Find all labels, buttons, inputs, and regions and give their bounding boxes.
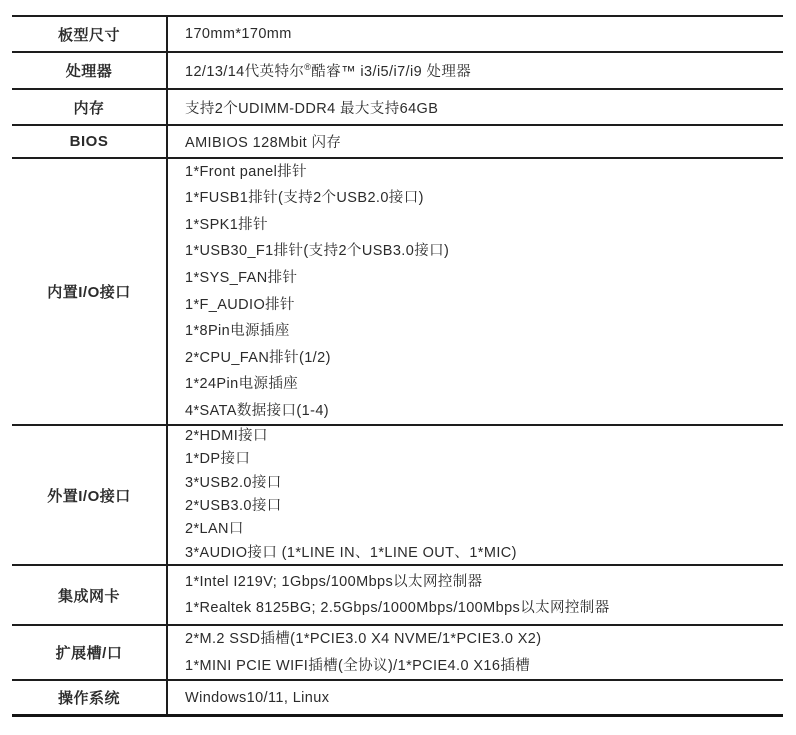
spec-value-line: 1*MINI PCIE WIFI插槽(全协议)/1*PCIE4.0 X16插槽 [185, 653, 775, 680]
spec-row-internal-io: 内置I/O接口 1*Front panel排针 1*FUSB1排针(支持2个US… [12, 159, 783, 426]
spec-value-line: 1*24Pin电源插座 [185, 371, 775, 398]
spec-value-line: 1*8Pin电源插座 [185, 318, 775, 345]
spec-value-line: 3*USB2.0接口 [185, 472, 775, 495]
row-label: 内置I/O接口 [12, 159, 168, 424]
row-value: AMIBIOS 128Mbit 闪存 [168, 126, 783, 157]
spec-value-line: 4*SATA数据接口(1-4) [185, 398, 775, 425]
spec-row-cpu: 处理器 12/13/14代英特尔®酷睿™ i3/i5/i7/i9 处理器 [12, 53, 783, 90]
row-value: 12/13/14代英特尔®酷睿™ i3/i5/i7/i9 处理器 [168, 53, 783, 88]
spec-row-expansion: 扩展槽/口 2*M.2 SSD插槽(1*PCIE3.0 X4 NVME/1*PC… [12, 626, 783, 681]
spec-value-line: 3*AUDIO接口 (1*LINE IN、1*LINE OUT、1*MIC) [185, 542, 775, 565]
row-value: 2*HDMI接口 1*DP接口 3*USB2.0接口 2*USB3.0接口 2*… [168, 426, 783, 564]
row-label: 内存 [12, 90, 168, 124]
spec-value-line: 12/13/14代英特尔®酷睿™ i3/i5/i7/i9 处理器 [185, 60, 775, 81]
spec-value-line: 支持2个UDIMM-DDR4 最大支持64GB [185, 97, 775, 118]
spec-value-line: 2*M.2 SSD插槽(1*PCIE3.0 X4 NVME/1*PCIE3.0 … [185, 626, 775, 653]
spec-value-line: 1*SPK1排针 [185, 212, 775, 239]
spec-value-line: 1*Intel I219V; 1Gbps/100Mbps以太网控制器 [185, 569, 775, 595]
spec-value-line: 1*SYS_FAN排针 [185, 265, 775, 292]
row-value: 1*Intel I219V; 1Gbps/100Mbps以太网控制器 1*Rea… [168, 566, 783, 624]
spec-value-line: 1*DP接口 [185, 448, 775, 471]
spec-value-line: Windows10/11, Linux [185, 690, 775, 706]
motherboard-spec-table: 板型尺寸 170mm*170mm 处理器 12/13/14代英特尔®酷睿™ i3… [12, 15, 783, 717]
row-label: BIOS [12, 126, 168, 157]
spec-row-memory: 内存 支持2个UDIMM-DDR4 最大支持64GB [12, 90, 783, 126]
row-value: 170mm*170mm [168, 17, 783, 51]
spec-value-line: 1*USB30_F1排针(支持2个USB3.0接口) [185, 238, 775, 265]
row-label: 集成网卡 [12, 566, 168, 624]
row-value: 支持2个UDIMM-DDR4 最大支持64GB [168, 90, 783, 124]
row-label: 扩展槽/口 [12, 626, 168, 679]
row-value: 2*M.2 SSD插槽(1*PCIE3.0 X4 NVME/1*PCIE3.0 … [168, 626, 783, 679]
spec-value-line: 1*F_AUDIO排针 [185, 292, 775, 319]
spec-value-line: 1*Front panel排针 [185, 159, 775, 186]
row-label: 外置I/O接口 [12, 426, 168, 564]
spec-value-line: 2*CPU_FAN排针(1/2) [185, 345, 775, 372]
spec-row-os: 操作系统 Windows10/11, Linux [12, 681, 783, 714]
row-label: 板型尺寸 [12, 17, 168, 51]
spec-row-nic: 集成网卡 1*Intel I219V; 1Gbps/100Mbps以太网控制器 … [12, 566, 783, 626]
spec-value-line: 1*FUSB1排针(支持2个USB2.0接口) [185, 185, 775, 212]
row-label: 操作系统 [12, 681, 168, 714]
row-value: 1*Front panel排针 1*FUSB1排针(支持2个USB2.0接口) … [168, 159, 783, 424]
spec-row-external-io: 外置I/O接口 2*HDMI接口 1*DP接口 3*USB2.0接口 2*USB… [12, 426, 783, 566]
spec-value-line: AMIBIOS 128Mbit 闪存 [185, 131, 775, 152]
spec-row-bios: BIOS AMIBIOS 128Mbit 闪存 [12, 126, 783, 159]
row-label: 处理器 [12, 53, 168, 88]
spec-value-line: 1*Realtek 8125BG; 2.5Gbps/1000Mbps/100Mb… [185, 595, 775, 621]
spec-value-line: 2*LAN口 [185, 518, 775, 541]
row-value: Windows10/11, Linux [168, 681, 783, 714]
spec-value-line: 2*HDMI接口 [185, 425, 775, 448]
spec-value-line: 170mm*170mm [185, 26, 775, 42]
spec-value-line: 2*USB3.0接口 [185, 495, 775, 518]
spec-row-board-size: 板型尺寸 170mm*170mm [12, 17, 783, 53]
